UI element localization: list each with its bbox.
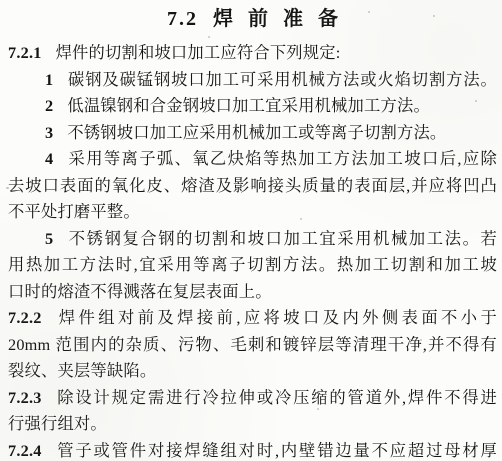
item-number: 1 <box>45 70 67 89</box>
section-title-text: 焊前准备 <box>213 8 353 30</box>
clause-7-2-3-line-1: 7.2.3除设计规定需进行冷拉伸或冷压缩的管道外,焊件不得进 <box>8 385 497 412</box>
item-text: 采用等离子弧、氧乙炔焰等热加工方法加工坡口后,应除 <box>67 149 497 168</box>
item-number: 4 <box>45 149 67 168</box>
clause-text: 焊件的切割和坡口加工应符合下列规定: <box>56 43 341 62</box>
clause-text: 焊件组对前及焊接前,应将坡口及内外侧表面不小于 <box>56 308 497 327</box>
clause-number: 7.2.3 <box>8 388 56 407</box>
item-2-line-1: 2低温镍钢和合金钢坡口加工宜采用机械加工方法。 <box>8 93 497 120</box>
clause-number: 7.2.1 <box>8 43 56 62</box>
item-5-line-1: 5不锈钢复合钢的切割和坡口加工宜采用机械加工法。若 <box>8 226 497 253</box>
item-text: 碳钢及碳锰钢坡口加工可采用机械方法或火焰切割方法。 <box>67 70 497 89</box>
item-number: 5 <box>45 229 67 248</box>
item-5-line-2: 用热加工方法时,宜采用等离子切割方法。热加工切割和加工坡 <box>8 252 497 279</box>
item-5-line-3: 口时的熔渣不得溅落在复层表面上。 <box>8 279 497 306</box>
clause-7-2-2-line-3: 裂纹、夹层等缺陷。 <box>8 358 497 385</box>
item-3-line-1: 3不锈钢坡口加工应采用机械加工或等离子切割方法。 <box>8 120 497 147</box>
item-4-line-2: 去坡口表面的氧化皮、熔渣及影响接头质量的表面层,并应将凹凸 <box>8 173 497 200</box>
clause-text: 管子或管件对接焊缝组对时,内壁错边量不应超过母材厚 <box>56 441 497 460</box>
item-4-line-1: 4采用等离子弧、氧乙炔焰等热加工方法加工坡口后,应除 <box>8 146 497 173</box>
item-4-line-3: 不平处打磨平整。 <box>8 199 497 226</box>
clause-7-2-1-line-1: 7.2.1焊件的切割和坡口加工应符合下列规定: <box>8 40 497 67</box>
document-page: 7.2焊前准备 7.2.1焊件的切割和坡口加工应符合下列规定: 1碳钢及碳锰钢坡… <box>0 0 502 461</box>
item-text: 低温镍钢和合金钢坡口加工宜采用机械加工方法。 <box>67 96 430 115</box>
clause-text: 除设计规定需进行冷拉伸或冷压缩的管道外,焊件不得进 <box>56 388 497 407</box>
clause-number: 7.2.4 <box>8 441 56 460</box>
clause-7-2-3-line-2: 行强行组对。 <box>8 411 497 438</box>
clause-7-2-2-line-2: 20mm 范围内的杂质、污物、毛刺和镀锌层等清理干净,并不得有 <box>8 332 497 359</box>
section-title-number: 7.2 <box>167 8 198 30</box>
item-text: 不锈钢坡口加工应采用机械加工或等离子切割方法。 <box>67 123 446 142</box>
document-body: 7.2.1焊件的切割和坡口加工应符合下列规定: 1碳钢及碳锰钢坡口加工可采用机械… <box>8 40 497 461</box>
scan-speck <box>208 36 210 38</box>
item-number: 3 <box>45 123 67 142</box>
clause-number: 7.2.2 <box>8 308 56 327</box>
item-1-line-1: 1碳钢及碳锰钢坡口加工可采用机械方法或火焰切割方法。 <box>8 67 497 94</box>
item-number: 2 <box>45 96 67 115</box>
clause-7-2-2-line-1: 7.2.2焊件组对前及焊接前,应将坡口及内外侧表面不小于 <box>8 305 497 332</box>
clause-7-2-4-line-1: 7.2.4管子或管件对接焊缝组对时,内壁错边量不应超过母材厚 <box>8 438 497 461</box>
section-title: 7.2焊前准备 <box>8 7 497 32</box>
item-text: 不锈钢复合钢的切割和坡口加工宜采用机械加工法。若 <box>67 229 497 248</box>
